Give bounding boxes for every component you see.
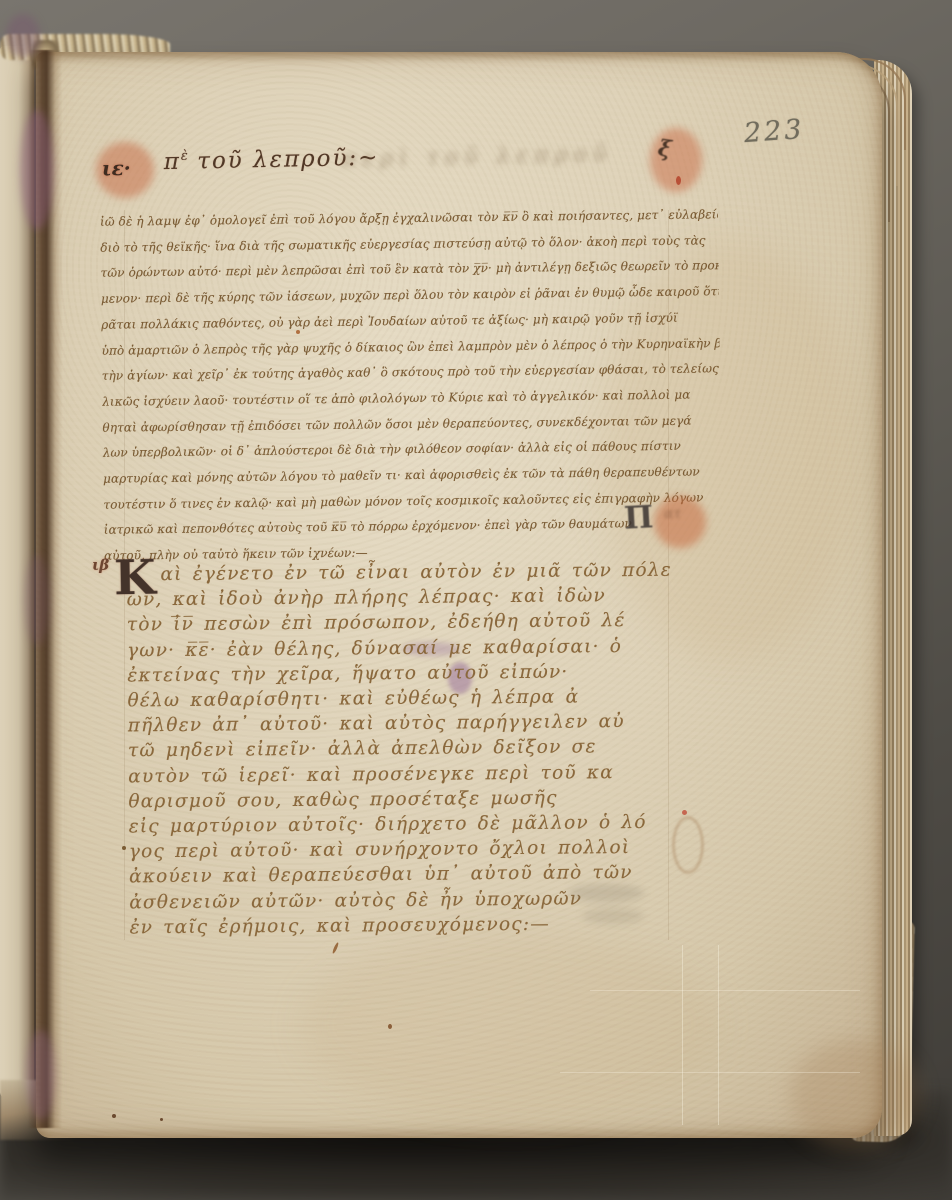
gutter-stain	[24, 555, 50, 645]
ink-speck	[388, 1024, 392, 1029]
gospel-line: γων· κ̅ε̅· ἐὰν θέλης, δύνασαί με καθαρίσ…	[127, 633, 675, 663]
offset-ghost-letter-o	[672, 816, 704, 874]
margin-dot	[122, 846, 126, 850]
monogram-halo	[654, 496, 706, 548]
ghost-smudge	[568, 884, 644, 902]
stain	[6, 14, 40, 58]
siglum-red-dot	[676, 176, 681, 185]
ammonian-section-number: ιβ	[92, 556, 109, 574]
ruling-line	[560, 1072, 860, 1073]
offset-ghost-letters: ατ	[664, 506, 681, 522]
ink-speck	[112, 1114, 116, 1118]
corner-discoloration	[790, 1040, 920, 1150]
ruling-line	[590, 990, 860, 991]
ink-speck	[296, 330, 300, 334]
ruling-line	[718, 945, 719, 1125]
offset-red-dot	[682, 810, 687, 815]
gutter-stain	[26, 1030, 56, 1120]
offset-title-ghost: περὶ τοῦ λεπροῦ	[342, 142, 613, 173]
kephalaion-number: ιε·	[102, 156, 131, 181]
ink-speck	[160, 1118, 163, 1121]
gutter-stain	[20, 110, 54, 230]
offset-monogram: Π	[623, 499, 654, 536]
folio-number: 223	[743, 114, 806, 149]
abbreviation-superscript: ὲ	[181, 149, 188, 164]
title-abbreviation: π	[164, 149, 182, 175]
ghost-smudge	[582, 908, 644, 924]
parchment-mottle	[300, 930, 720, 1120]
gospel-line: αυτὸν τῶ ἱερεῖ· καὶ προσένεγκε περὶ τοῦ …	[128, 759, 676, 789]
manuscript-photo: 223 ιε· πὲ τοῦ λεπροῦ:~ περὶ τοῦ λεπροῦ …	[0, 0, 952, 1200]
ruling-line	[682, 945, 683, 1125]
